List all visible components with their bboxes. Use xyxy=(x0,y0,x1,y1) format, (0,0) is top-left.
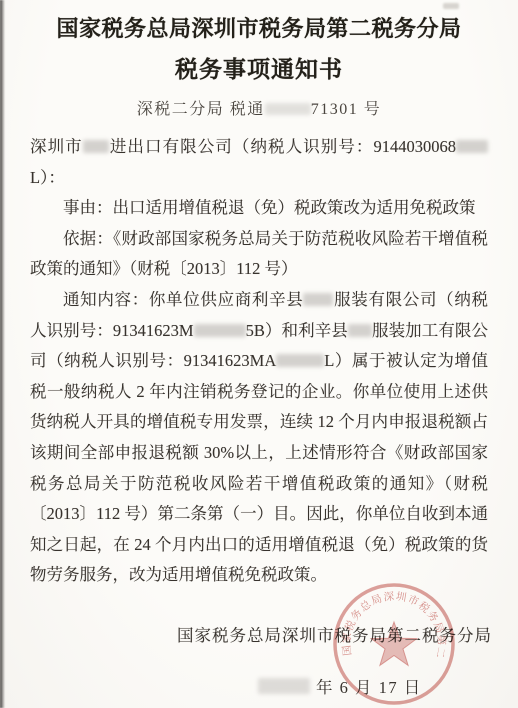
date-line: 年 6 月 17 日 xyxy=(258,674,422,698)
signature-authority: 国家税务总局深圳市税务局第二税务分局 xyxy=(177,622,492,646)
notice-content-paragraph: 通知内容：你单位供应商利辛县服装有限公司（纳税人识别号：91341623M5B）… xyxy=(30,285,488,591)
redacted-text xyxy=(303,293,333,306)
basis-paragraph: 依据：《财政部国家税务总局关于防范税收风险若干增值税政策的通知》（财税〔2013… xyxy=(30,224,488,285)
text-run: 依据：《财政部国家税务总局关于防范税收风险若干增值税政策的通知》（财税〔2013… xyxy=(30,229,488,279)
text-run: 年 6 月 17 日 xyxy=(316,678,422,697)
redacted-text xyxy=(83,140,109,153)
text-run: L）： xyxy=(30,168,65,187)
issuing-authority-title: 国家税务总局深圳市税务局第二税务分局 xyxy=(14,14,504,44)
scan-mark xyxy=(443,3,459,9)
redacted-text xyxy=(265,103,311,115)
text-run: 事由：出口适用增值税退（免）税政策改为适用免税政策 xyxy=(63,198,476,217)
redacted-text xyxy=(276,354,324,367)
document-header: 国家税务总局深圳市税务局第二税务分局 税务事项通知书 深税二分局 税通71301… xyxy=(0,0,518,121)
text-run: 71301 号 xyxy=(311,101,382,118)
text-run: 深税二分局 税通 xyxy=(137,101,265,118)
text-run: 深圳市 xyxy=(30,137,83,156)
redacted-text xyxy=(194,324,246,337)
text-run: L）属于被认定为增值税一般纳税人 2 年内注销税务登记的企业。你单位使用上述供货… xyxy=(30,351,488,584)
tax-notice-document: 国家税务总局深圳市税务局第二税务分局 税务事项通知书 深税二分局 税通71301… xyxy=(0,0,518,708)
addressee-line: 深圳市进出口有限公司（纳税人识别号：9144030068L）： xyxy=(30,132,488,193)
document-number: 深税二分局 税通71301 号 xyxy=(0,99,518,121)
stamp-ring-text: 国家税务总局深圳市税务局第二税务分局 xyxy=(329,579,448,660)
text-run: 进出口有限公司（纳税人识别号：9144030068 xyxy=(109,137,456,156)
redacted-text xyxy=(258,678,310,694)
text-run: 5B）和利辛县 xyxy=(246,321,348,340)
subject-paragraph: 事由：出口适用增值税退（免）税政策改为适用免税政策 xyxy=(30,193,488,224)
scan-edge-artifact xyxy=(0,0,5,708)
text-run: 通知内容：你单位供应商利辛县 xyxy=(63,290,303,309)
redacted-text xyxy=(348,324,372,337)
notice-body: 深圳市进出口有限公司（纳税人识别号：9144030068L）： 事由：出口适用增… xyxy=(30,132,488,591)
document-title: 税务事项通知书 xyxy=(0,53,518,85)
redacted-text xyxy=(456,140,488,153)
